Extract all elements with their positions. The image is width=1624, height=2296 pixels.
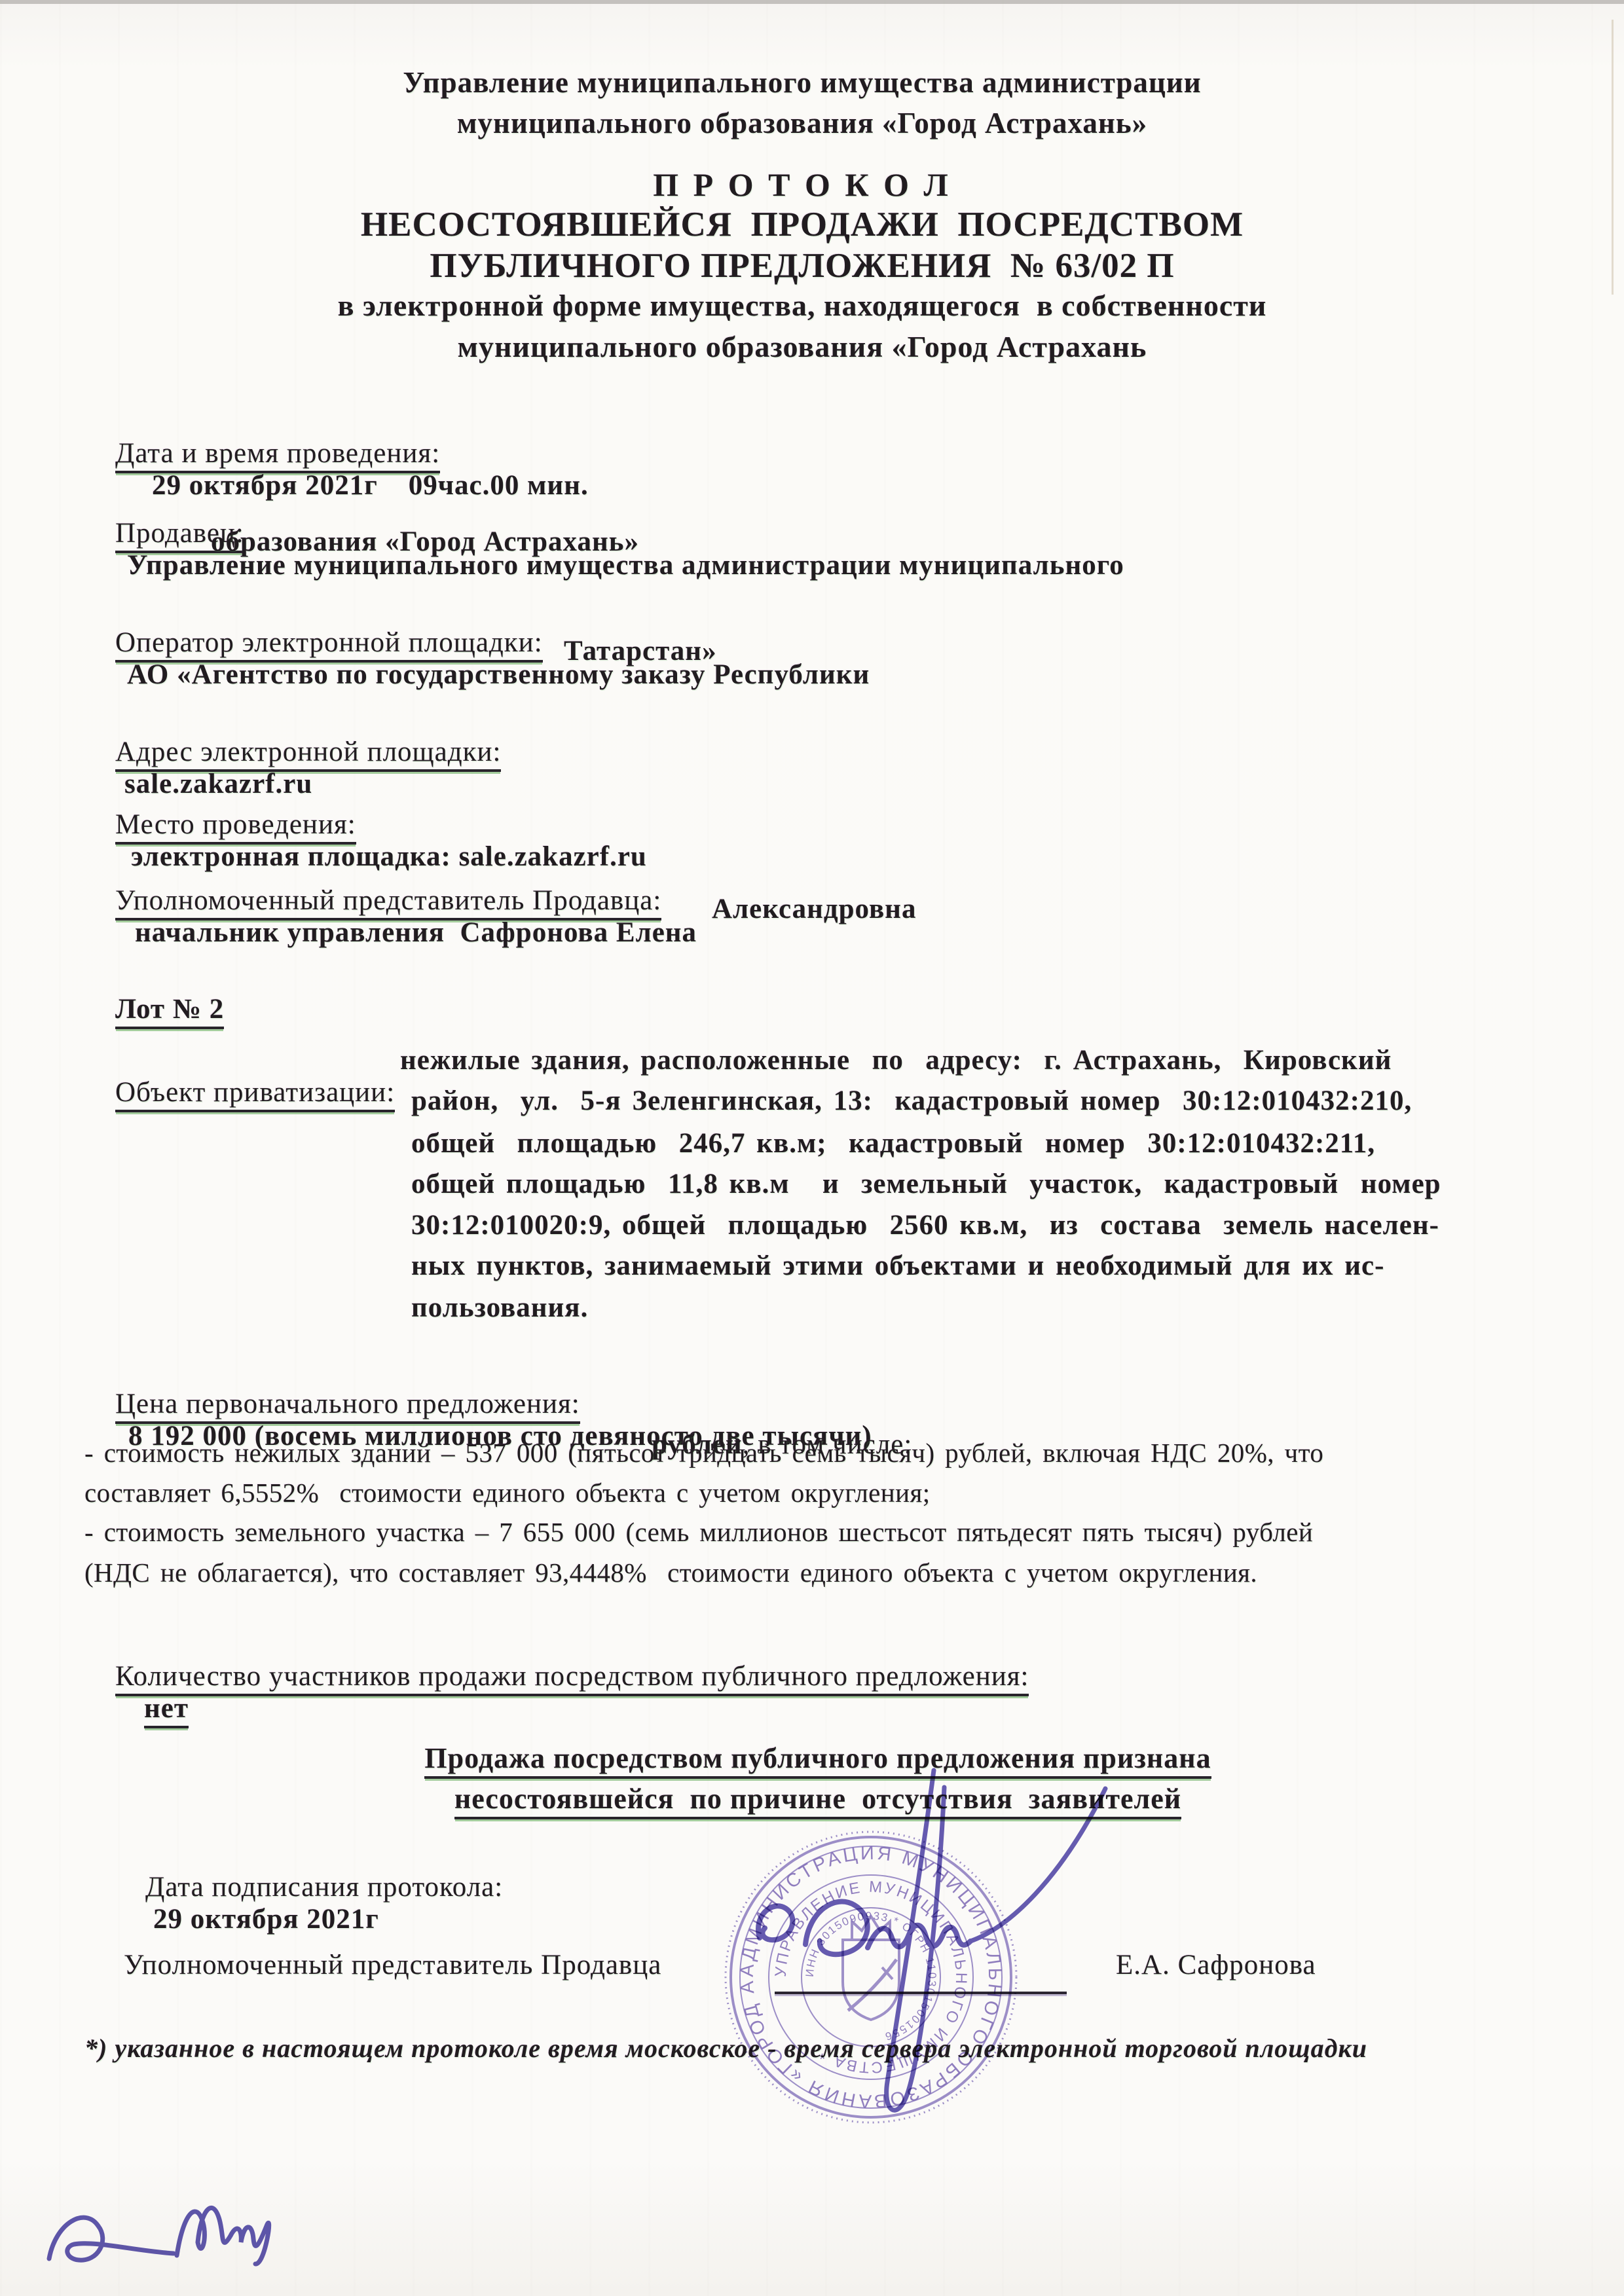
signing-date-value: 29 октября 2021г (153, 1904, 379, 1935)
object-line1: нежилые здания, расположенные по адресу:… (400, 1044, 1392, 1076)
field-signing-date: Дата подписания протокола: 29 октября 20… (115, 1839, 503, 1967)
address-label: Адрес электронной площадки: (115, 737, 501, 772)
object-line3: общей площадью 246,7 кв.м; кадастровый н… (411, 1127, 1375, 1159)
object-line5: 30:12:010020:9, общей площадью 2560 кв.м… (411, 1209, 1439, 1241)
cost-land-line1: - стоимость земельного участка – 7 655 0… (84, 1516, 1313, 1548)
signatory-label: Уполномоченный представитель Продавца (124, 1949, 661, 1981)
scan-edge-artifact-right (1612, 20, 1614, 295)
scanned-protocol-page: Управление муниципального имущества адми… (0, 0, 1624, 2296)
operator-value-line2: Татарстан» (564, 635, 717, 667)
object-line6: ных пунктов, занимаемый этими объектами … (411, 1250, 1384, 1282)
representative-label: Уполномоченный представитель Продавца: (115, 885, 661, 920)
doc-title-number: ПУБЛИЧНОГО ПРЕДЛОЖЕНИЯ № 63/02 П (0, 246, 1604, 285)
doc-title-line2: НЕСОСТОЯВШЕЙСЯ ПРОДАЖИ ПОСРЕДСТВОМ (0, 205, 1604, 244)
doc-title-line5: муниципального образования «Город Астрах… (0, 329, 1604, 364)
operator-value-line1: АО «Агентство по государственному заказу… (127, 659, 870, 690)
price-label: Цена первоначального предложения: (115, 1389, 580, 1424)
scan-edge-artifact (0, 0, 1624, 4)
bottom-left-signature (36, 2160, 311, 2278)
object-line7: пользования. (411, 1292, 588, 1324)
object-label: Объект приватизации: (115, 1077, 395, 1112)
cost-buildings-line1: - стоимость нежилых зданий – 537 000 (пя… (84, 1437, 1323, 1468)
venue-label: Место проведения: (115, 809, 356, 845)
datetime-label: Дата и время проведения: (115, 438, 440, 473)
signing-date-label: Дата подписания протокола: (145, 1872, 503, 1903)
representative-value-line2: Александровна (712, 893, 916, 925)
doc-title-protokol: П Р О Т О К О Л (0, 166, 1604, 204)
operator-label: Оператор электронной площадки: (115, 627, 543, 663)
lot-label: Лот № 2 (115, 994, 224, 1029)
object-line4: общей площадью 11,8 кв.м и земельный уча… (411, 1168, 1441, 1200)
cost-buildings-line2: составляет 6,5552% стоимости единого объ… (84, 1477, 931, 1508)
org-name-line2: муниципального образования «Город Астрах… (0, 106, 1604, 140)
participants-label: Количество участников продажи посредство… (115, 1661, 1029, 1696)
object-label-line: Объект приватизации: (84, 1044, 395, 1140)
seller-value-line2: образования «Город Астрахань» (211, 526, 639, 558)
org-name-line1: Управление муниципального имущества адми… (0, 65, 1604, 100)
representative-value-line1: начальник управления Сафронова Елена (135, 917, 697, 948)
doc-title-line4: в электронной форме имущества, находящег… (0, 288, 1604, 323)
lot-heading: Лот № 2 (84, 961, 224, 1057)
object-line2: район, ул. 5-я Зеленгинская, 13: кадастр… (411, 1085, 1412, 1117)
cost-land-line2: (НДС не облагается), что составляет 93,4… (84, 1557, 1257, 1588)
representative-signature (720, 1728, 1146, 2147)
